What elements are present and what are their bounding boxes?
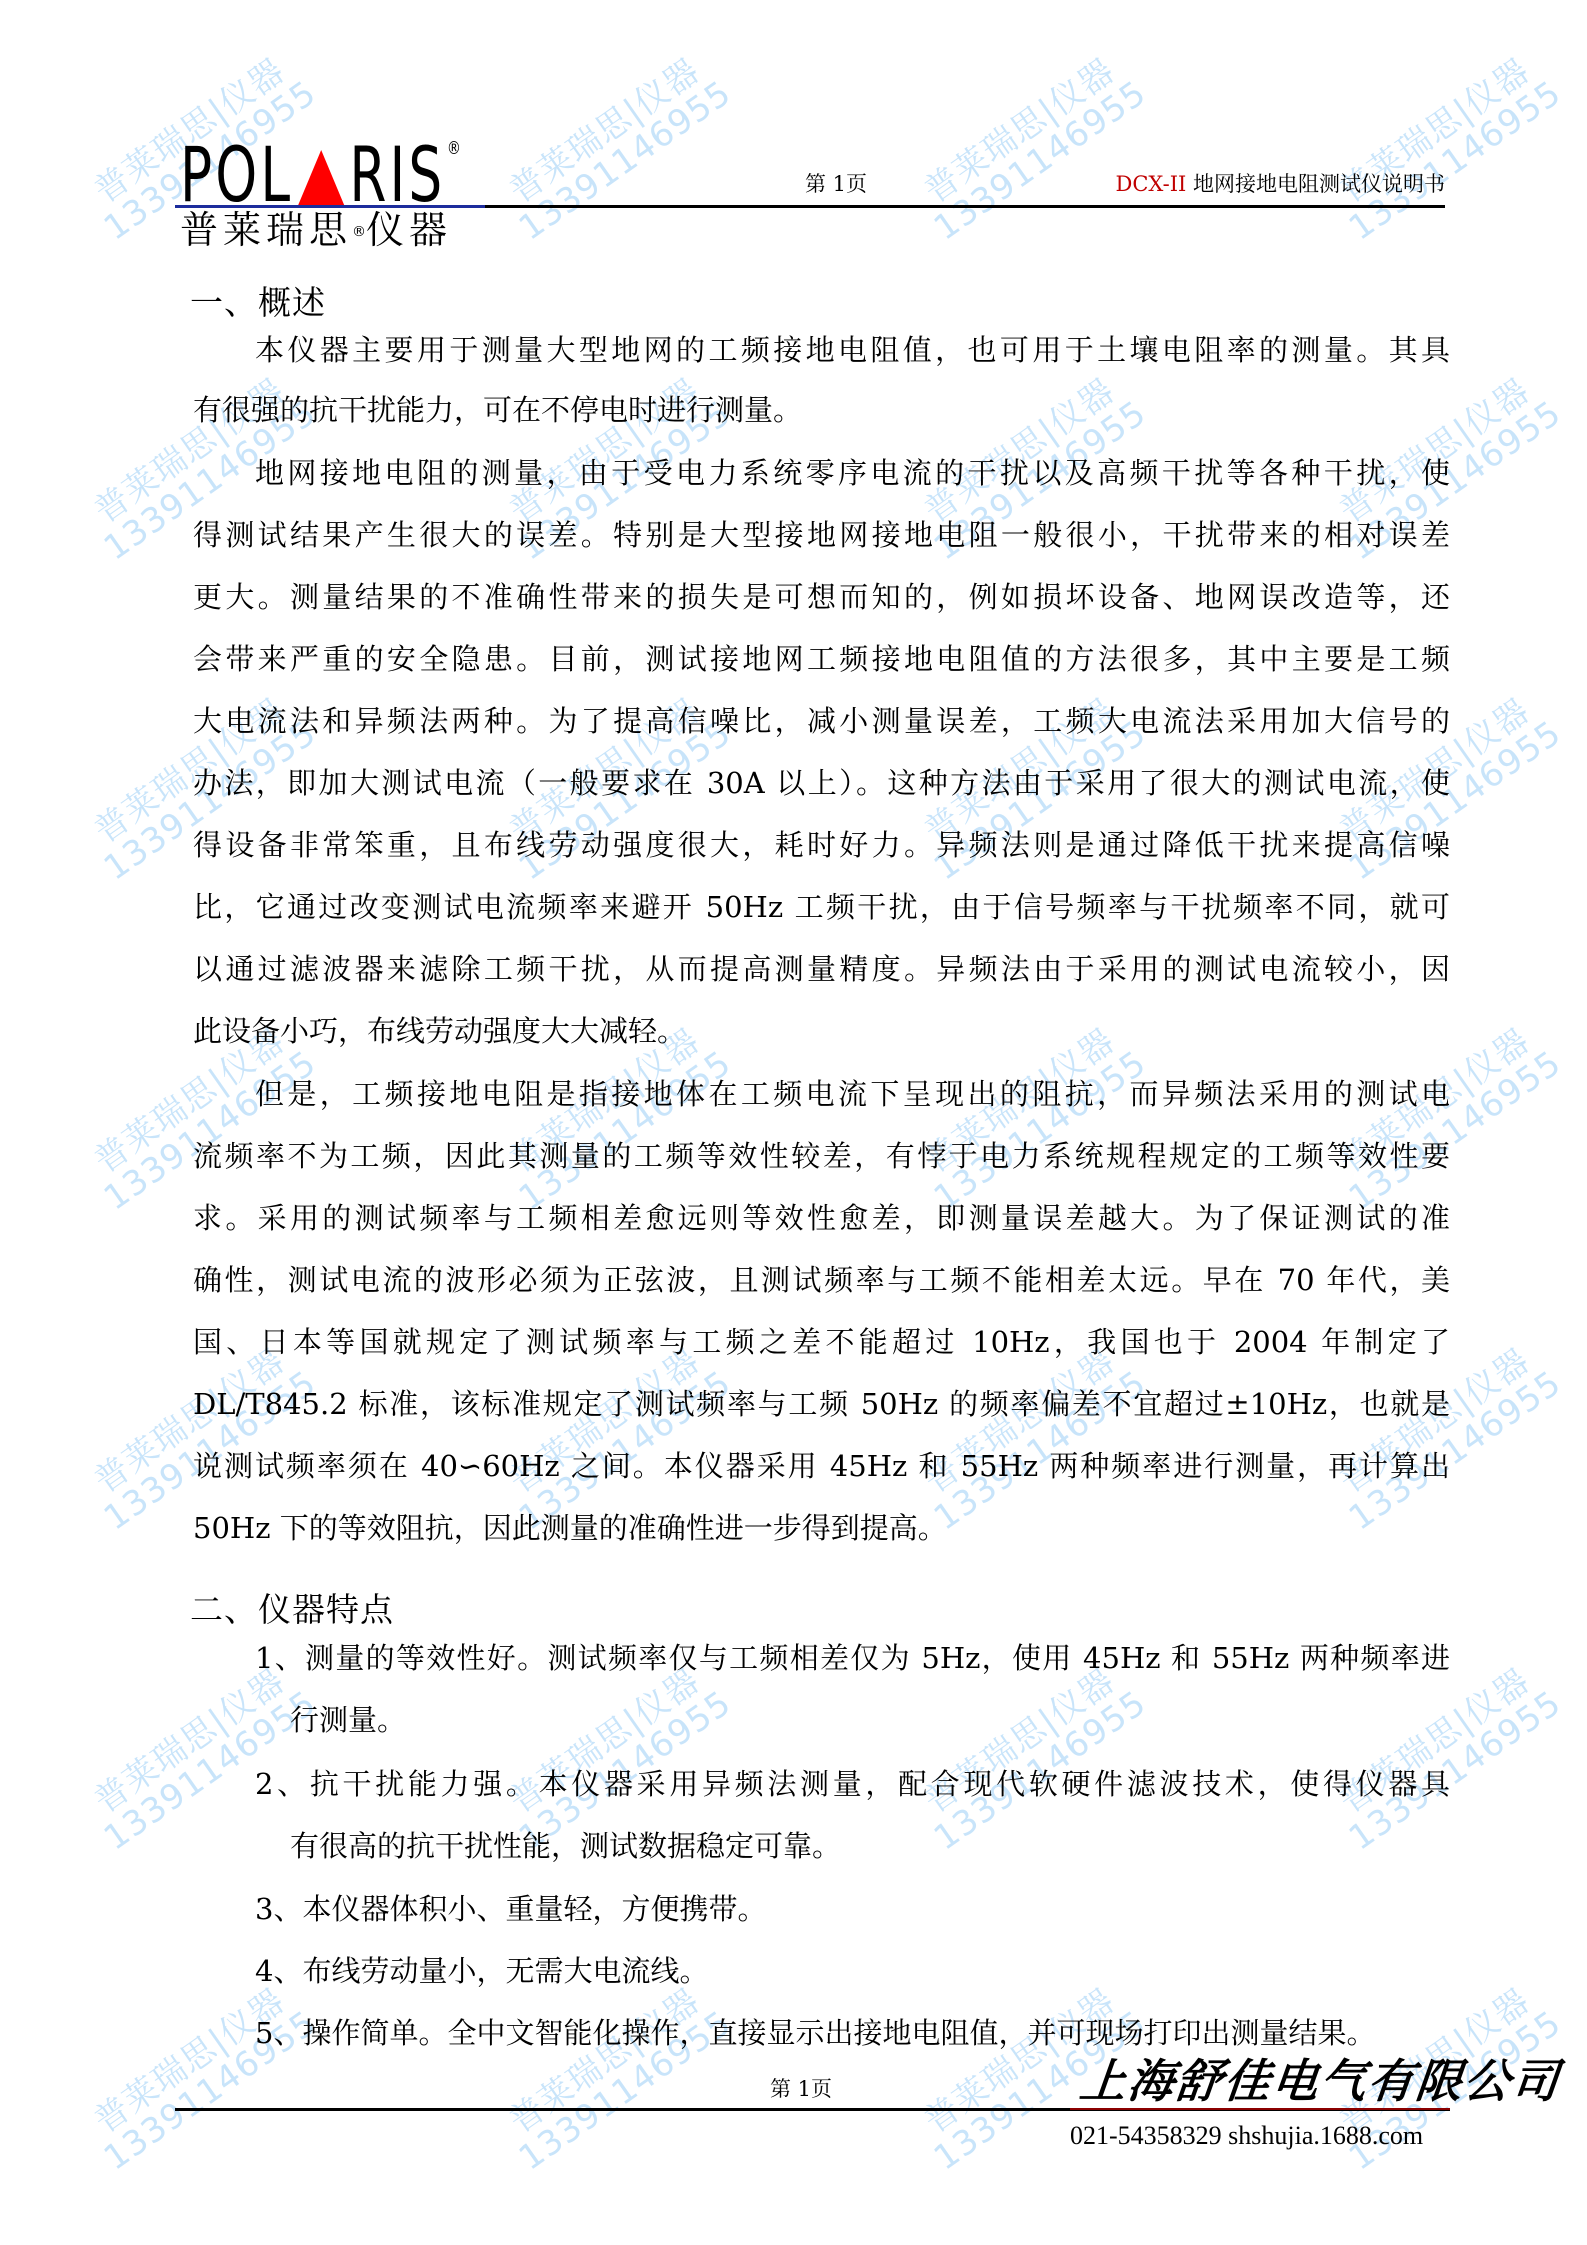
watermark: 普莱瑞思|仪器13391146955 bbox=[488, 42, 742, 250]
logo-text-left: POL bbox=[180, 140, 293, 210]
paragraph-line: 国、日本等国就规定了测试频率与工频之差不能超过 10Hz，我国也于 2004 年… bbox=[193, 1322, 1450, 1362]
polaris-logo: POL RIS ® bbox=[180, 140, 464, 210]
watermark: 普莱瑞思|仪器13391146955 bbox=[73, 1972, 327, 2180]
paragraph-line: 比，它通过改变测试电流频率来避开 50Hz 工频干扰，由于信号频率与干扰频率不同… bbox=[193, 887, 1450, 927]
paragraph-line: 有很强的抗干扰能力，可在不停电时进行测量。 bbox=[193, 390, 1450, 430]
section-heading-features: 二、仪器特点 bbox=[190, 1590, 394, 1630]
registered-mark: ® bbox=[447, 140, 464, 158]
watermark: 普莱瑞思|仪器13391146955 bbox=[1318, 42, 1572, 250]
feature-item-1-cont: 行测量。 bbox=[290, 1700, 1450, 1740]
feature-item-2: 2、抗干扰能力强。本仪器采用异频法测量，配合现代软硬件滤波技术，使得仪器具 bbox=[255, 1764, 1450, 1804]
paragraph-line: 大电流法和异频法两种。为了提高信噪比，减小测量误差，工频大电流法采用加大信号的 bbox=[193, 701, 1450, 741]
paragraph-line: 50Hz 下的等效阻抗，因此测量的准确性进一步得到提高。 bbox=[193, 1508, 1450, 1548]
logo-cn-registered-mark: ® bbox=[352, 224, 366, 240]
feature-item-5: 5、操作简单。全中文智能化操作，直接显示出接地电阻值，并可现场打印出测量结果。 bbox=[255, 2013, 1450, 2053]
feature-item-4: 4、布线劳动量小，无需大电流线。 bbox=[255, 1951, 1450, 1991]
paragraph-line: 本仪器主要用于测量大型地网的工频接地电阻值，也可用于土壤电阻率的测量。其具 bbox=[255, 330, 1450, 370]
paragraph-line: 得测试结果产生很大的误差。特别是大型接地网接地电阻一般很小，干扰带来的相对误差 bbox=[193, 515, 1450, 555]
header-doc-title: DCX-II 地网接地电阻测试仪说明书 bbox=[1116, 170, 1445, 198]
section-heading-overview: 一、概述 bbox=[190, 283, 326, 323]
logo-text-right: RIS bbox=[349, 140, 445, 210]
paragraph-line: 求。采用的测试频率与工频相差愈远则等效性愈差，即测量误差越大。为了保证测试的准 bbox=[193, 1198, 1450, 1238]
feature-item-2-cont: 有很高的抗干扰性能，测试数据稳定可靠。 bbox=[290, 1826, 1450, 1866]
paragraph-line: 以通过滤波器来滤除工频干扰，从而提高测量精度。异频法由于采用的测试电流较小，因 bbox=[193, 949, 1450, 989]
feature-item-3: 3、本仪器体积小、重量轻，方便携带。 bbox=[255, 1889, 1450, 1929]
logo-triangle-icon bbox=[298, 150, 345, 206]
doc-title: 地网接地电阻测试仪说明书 bbox=[1186, 172, 1445, 196]
doc-model: DCX-II bbox=[1116, 172, 1187, 196]
footer-accent-rule bbox=[1070, 2108, 1450, 2110]
watermark: 普莱瑞思|仪器13391146955 bbox=[73, 1652, 327, 1860]
paragraph-line: 说测试频率须在 40∽60Hz 之间。本仪器采用 45Hz 和 55Hz 两种频… bbox=[193, 1446, 1450, 1486]
document-page: 普莱瑞思|仪器13391146955 普莱瑞思|仪器13391146955 普莱… bbox=[0, 0, 1587, 2245]
paragraph-line: 但是，工频接地电阻是指接地体在工频电流下呈现出的阻抗，而异频法采用的测试电 bbox=[255, 1074, 1450, 1114]
paragraph-line: DL/T845.2 标准，该标准规定了测试频率与工频 50Hz 的频率偏差不宜超… bbox=[193, 1384, 1450, 1424]
paragraph-line: 得设备非常笨重，且布线劳动强度很大，耗时好力。异频法则是通过降低干扰来提高信噪 bbox=[193, 825, 1450, 865]
footer-page-number: 第 1页 bbox=[770, 2075, 832, 2103]
feature-item-1: 1、测量的等效性好。测试频率仅与工频相差仅为 5Hz，使用 45Hz 和 55H… bbox=[255, 1638, 1450, 1678]
logo-cn-main: 普莱瑞思 bbox=[180, 208, 352, 252]
header-page-number: 第 1页 bbox=[805, 170, 867, 198]
footer-contact: 021-54358329 shshujia.1688.com bbox=[1070, 2120, 1423, 2152]
header-rule bbox=[485, 205, 1445, 208]
watermark: 普莱瑞思|仪器13391146955 bbox=[488, 1972, 742, 2180]
paragraph-line: 办法，即加大测试电流（一般要求在 30A 以上）。这种方法由于采用了很大的测试电… bbox=[193, 763, 1450, 803]
logo-chinese-name: 普莱瑞思®仪器 bbox=[180, 208, 452, 252]
paragraph-line: 地网接地电阻的测量，由于受电力系统零序电流的干扰以及高频干扰等各种干扰，使 bbox=[255, 453, 1450, 493]
paragraph-line: 确性，测试电流的波形必须为正弦波，且测试频率与工频不能相差太远。早在 70 年代… bbox=[193, 1260, 1450, 1300]
paragraph-line: 更大。测量结果的不准确性带来的损失是可想而知的，例如损坏设备、地网误改造等，还 bbox=[193, 577, 1450, 617]
paragraph-line: 此设备小巧，布线劳动强度大大减轻。 bbox=[193, 1011, 1450, 1051]
paragraph-line: 流频率不为工频，因此其测量的工频等效性较差，有悖于电力系统规程规定的工频等效性要 bbox=[193, 1136, 1450, 1176]
paragraph-line: 会带来严重的安全隐患。目前，测试接地网工频接地电阻值的方法很多，其中主要是工频 bbox=[193, 639, 1450, 679]
logo-cn-tail: 仪器 bbox=[366, 208, 452, 252]
footer-company-name: 上海舒佳电气有限公司 bbox=[1077, 2055, 1562, 2107]
watermark: 普莱瑞思|仪器13391146955 bbox=[903, 42, 1157, 250]
